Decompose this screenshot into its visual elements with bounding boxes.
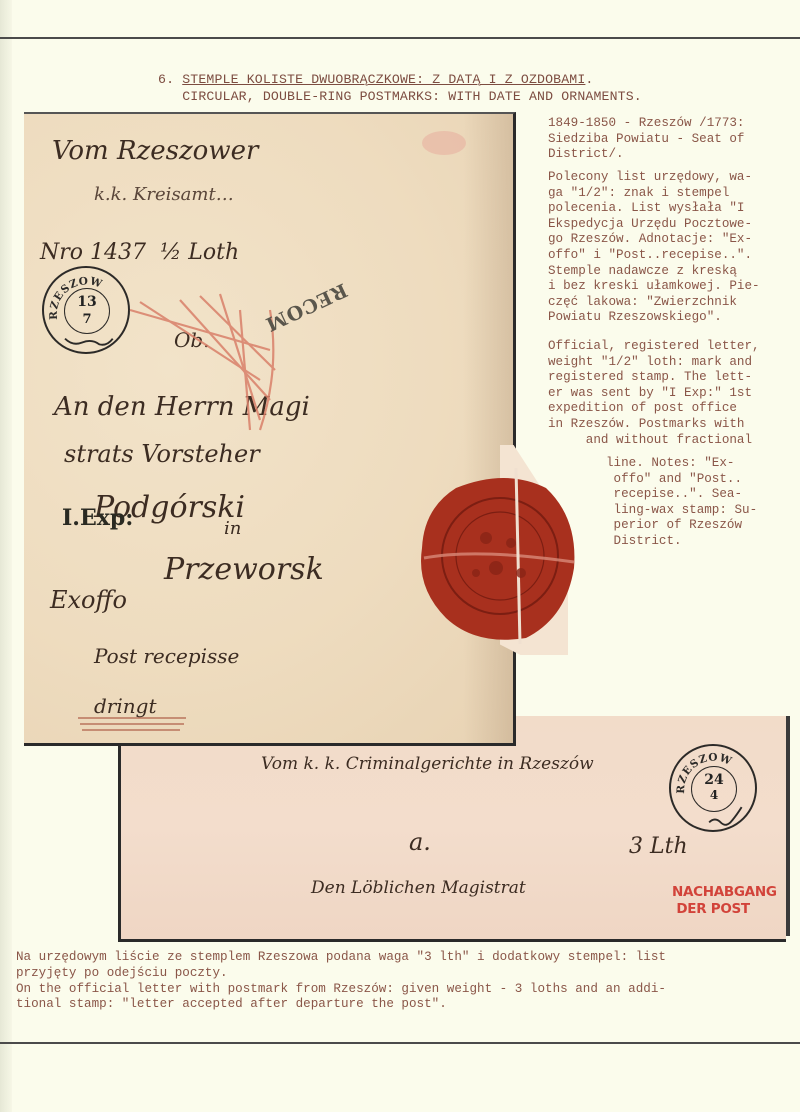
env2-handwriting-weight: 3 Lth — [629, 834, 688, 859]
caption-period: 1849-1850 - Rzeszów /1773: Siedziba Powi… — [548, 116, 745, 163]
env2-handwriting-addressee: Den Löblichen Magistrat — [311, 878, 526, 898]
caption-line: i bez kreski ułamkowej. Pie- — [548, 279, 760, 293]
env1-underline-strokes — [76, 714, 196, 734]
env1-handwriting-recepisse: Post recepisse — [94, 644, 239, 668]
env1-handwriting-in: in — [224, 518, 241, 539]
red-crayon-marks — [120, 290, 290, 440]
caption-line: On the official letter with postmark fro… — [16, 982, 666, 996]
caption-line: 1849-1850 - Rzeszów /1773: — [548, 116, 745, 130]
caption-line: offo" i "Post..recepise..". — [548, 248, 752, 262]
caption-line: in Rzeszów. Postmarks with — [548, 417, 745, 431]
caption-line: przyjęty po odejściu poczty. — [16, 966, 228, 980]
caption-line: Ekspedycja Urzędu Pocztowe- — [548, 217, 752, 231]
env2-handwriting-sender: Vom k. k. Criminalgerichte in Rzeszów — [261, 754, 594, 774]
caption-lower: Na urzędowym liście ze stemplem Rzeszowa… — [16, 950, 666, 1013]
env1-handwriting-number: Nro 1437 ½ Loth — [40, 240, 239, 265]
caption-line: perior of Rzeszów — [606, 518, 742, 532]
caption-line: Powiatu Rzeszowskiego". — [548, 310, 722, 324]
env1-handwriting-town: Przeworsk — [164, 552, 324, 587]
postmark-day: 13 — [64, 295, 110, 309]
env1-postmark-rzeszow: RZESZOW 13 7 — [42, 266, 130, 354]
caption-line: line. Notes: "Ex- — [606, 456, 734, 470]
bottom-rule — [0, 1042, 800, 1044]
caption-line: District. — [606, 534, 682, 548]
postmark-month: 4 — [691, 789, 737, 801]
caption-line: Siedziba Powiatu - Seat of — [548, 132, 745, 146]
env2-postmark-rzeszow: RZESZOW 24 4 — [669, 744, 757, 832]
postmark-month: 7 — [64, 313, 110, 326]
caption-line: ling-wax stamp: Su- — [606, 503, 757, 517]
red-smudge — [419, 128, 469, 158]
caption-line: polecenia. List wysłała "I — [548, 201, 745, 215]
caption-line: Polecony list urzędowy, wa- — [548, 170, 752, 184]
env1-handwriting-addressee2: strats Vorsteher — [64, 440, 260, 468]
env1-handwriting-office: k.k. Kreisamt… — [94, 184, 234, 205]
expedition-mark: I.Exp: — [62, 505, 133, 531]
caption-line: District/. — [548, 147, 624, 161]
caption-line: offo" and "Post.. — [606, 472, 742, 486]
caption-line: Stemple nadawcze z kreską — [548, 264, 737, 278]
caption-line: registered stamp. The lett- — [548, 370, 752, 384]
section-number: 6. — [158, 72, 174, 87]
caption-polish: Polecony list urzędowy, wa- ga "1/2": zn… — [548, 170, 760, 326]
env1-handwriting-sender: Vom Rzeszower — [52, 136, 258, 166]
caption-english: Official, registered letter, weight "1/2… — [548, 339, 760, 448]
caption-line: weight "1/2" loth: mark and — [548, 355, 752, 369]
caption-english-continued: line. Notes: "Ex- offo" and "Post.. rece… — [606, 456, 757, 550]
heading-polish: STEMPLE KOLISTE DWUOBRĄCZKOWE: Z DATĄ I … — [182, 72, 585, 87]
wax-seal — [416, 458, 578, 644]
caption-line: częć lakowa: "Zwierzchnik — [548, 295, 737, 309]
caption-line: er was sent by "I Exp:" 1st — [548, 386, 752, 400]
caption-line: Official, registered letter, — [548, 339, 760, 353]
envelope-shadow — [463, 114, 513, 743]
caption-line: go Rzeszów. Adnotacje: "Ex- — [548, 232, 752, 246]
envelope-upper: Vom Rzeszower k.k. Kreisamt… Nro 1437 ½ … — [24, 112, 516, 746]
env2-handwriting-a: a. — [409, 828, 431, 856]
caption-line: expedition of post office — [548, 401, 737, 415]
page-left-edge — [0, 0, 12, 1112]
late-mail-stamp: NACHABGANG DER POST — [672, 884, 777, 918]
postmark-day: 24 — [691, 773, 737, 787]
caption-line: and without fractional — [548, 433, 752, 447]
caption-line: Na urzędowym liście ze stemplem Rzeszowa… — [16, 950, 666, 964]
late-mail-line2: DER POST — [676, 901, 749, 917]
env1-handwriting-exoffo: Exoffo — [50, 586, 127, 614]
late-mail-line1: NACHABGANG — [672, 884, 777, 900]
caption-line: recepise..". Sea- — [606, 487, 742, 501]
caption-line: ga "1/2": znak i stempel — [548, 186, 729, 200]
top-rule — [0, 37, 800, 39]
section-heading: 6. STEMPLE KOLISTE DWUOBRĄCZKOWE: Z DATĄ… — [158, 71, 642, 105]
heading-english: CIRCULAR, DOUBLE-RING POSTMARKS: WITH DA… — [182, 89, 642, 104]
caption-line: tional stamp: "letter accepted after dep… — [16, 997, 447, 1011]
